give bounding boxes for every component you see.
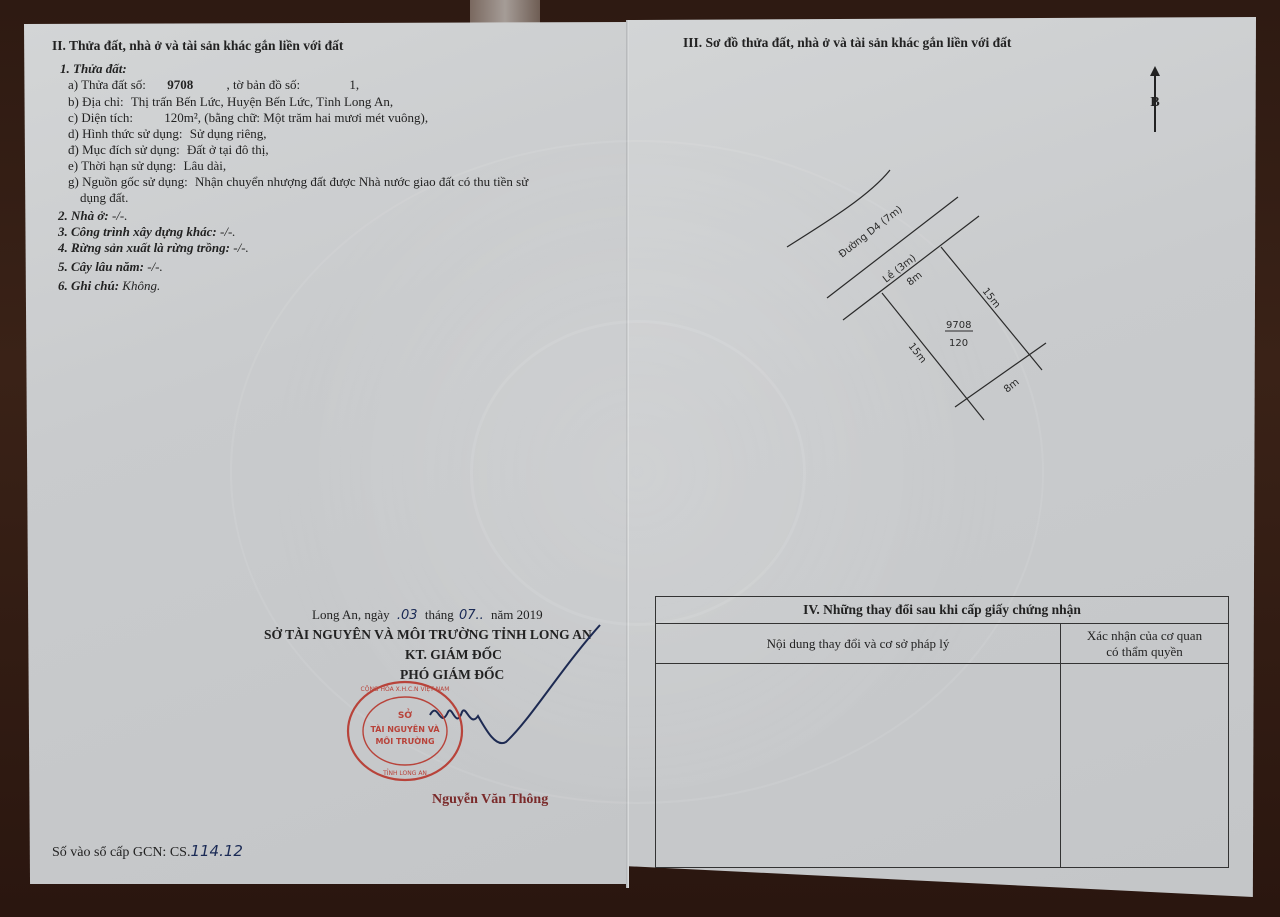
stamp-bottom-text: TỈNH LONG AN xyxy=(382,769,427,777)
other-construction-label: 3. Công trình xây dựng khác: xyxy=(58,224,217,239)
map-sheet-number: 1, xyxy=(349,77,359,92)
term-value: Lâu dài, xyxy=(184,158,227,173)
note-value: Không. xyxy=(122,278,160,293)
address-label: b) Địa chỉ: xyxy=(68,94,124,109)
stamp-top-text: CỘNG HÒA X.H.C.N VIỆT NAM xyxy=(361,685,450,693)
other-construction-row: 3. Công trình xây dựng khác: -/-. xyxy=(58,224,236,240)
note-row: 6. Ghi chú: Không. xyxy=(58,278,160,294)
plot-diagram: Đường D4 (7m) Lề (3m) 8m 15m 15m 8m 9708… xyxy=(770,150,1070,430)
area-label: c) Diện tích: xyxy=(68,110,133,125)
use-form-value: Sử dụng riêng, xyxy=(190,126,267,141)
section-ii-title: II. Thửa đất, nhà ở và tài sản khác gắn … xyxy=(52,38,343,54)
north-arrow-icon: B xyxy=(1145,66,1165,134)
note-label: 6. Ghi chú: xyxy=(58,278,119,293)
house-row: 2. Nhà ở: -/-. xyxy=(58,208,127,224)
changes-col-confirmation: Xác nhận của cơ quan có thẩm quyền xyxy=(1061,624,1228,664)
term-row: e) Thời hạn sử dụng: Lâu dài, xyxy=(68,158,226,174)
back-width-label: 8m xyxy=(1002,377,1021,396)
changes-col-content: Nội dung thay đổi và cơ sở pháp lý xyxy=(656,624,1061,664)
plot-left-boundary xyxy=(882,293,984,420)
use-form-label: d) Hình thức sử dụng: xyxy=(68,126,182,141)
plot-parcel-number: 9708 xyxy=(946,320,971,331)
changes-table-title: IV. Những thay đổi sau khi cấp giấy chứn… xyxy=(656,597,1228,624)
perennial-row: 5. Cây lâu năm: -/-. xyxy=(58,259,163,275)
stamp-line1: SỞ xyxy=(398,708,412,721)
address-row: b) Địa chỉ: Thị trấn Bến Lức, Huyện Bến … xyxy=(68,94,393,110)
registry-row: Số vào sổ cấp GCN: CS.114.12 xyxy=(52,843,243,861)
use-form-row: d) Hình thức sử dụng: Sử dụng riêng, xyxy=(68,126,266,142)
registry-label: Số vào sổ cấp GCN: CS. xyxy=(52,845,190,860)
house-label: 2. Nhà ở: xyxy=(58,208,109,223)
north-label: B xyxy=(1150,95,1159,110)
forest-value: -/-. xyxy=(233,240,249,255)
table-column-divider xyxy=(1060,663,1061,867)
watermark-emblem-inner xyxy=(470,320,806,626)
stamp-line2: TÀI NGUYÊN VÀ xyxy=(370,723,440,734)
plot-area: 120 xyxy=(949,338,968,349)
land-heading: 1. Thửa đất: xyxy=(60,61,127,77)
forest-label: 4. Rừng sản xuất là rừng trồng: xyxy=(58,240,230,255)
parcel-number: 9708 xyxy=(167,77,193,92)
changes-table: IV. Những thay đổi sau khi cấp giấy chứn… xyxy=(655,596,1229,868)
perennial-value: -/-. xyxy=(147,259,163,274)
front-width-label: 8m xyxy=(905,270,924,289)
house-value: -/-. xyxy=(112,208,128,223)
stamp-line3: MÔI TRƯỜNG xyxy=(375,735,434,746)
origin-label: g) Nguồn gốc sử dụng: xyxy=(68,174,188,189)
term-label: e) Thời hạn sử dụng: xyxy=(68,158,176,173)
forest-row: 4. Rừng sản xuất là rừng trồng: -/-. xyxy=(58,240,249,256)
left-length-label: 15m xyxy=(906,341,929,365)
parcel-label: a) Thửa đất số: xyxy=(68,77,146,92)
official-stamp: CỘNG HÒA X.H.C.N VIỆT NAM SỞ TÀI NGUYÊN … xyxy=(345,680,465,782)
purpose-value: Đất ở tại đô thị, xyxy=(187,142,269,157)
map-sheet-label: , tờ bản đồ số: xyxy=(226,77,300,92)
road-label: Đường D4 (7m) xyxy=(836,203,904,260)
confirmation-header-line2: có thẩm quyền xyxy=(1087,644,1202,660)
purpose-label: đ) Mục đích sử dụng: xyxy=(68,142,180,157)
area-row: c) Diện tích: 120m², (bằng chữ: Một trăm… xyxy=(68,110,428,126)
plot-back-boundary xyxy=(955,343,1046,407)
registry-number: 114.12 xyxy=(190,842,243,860)
address-value: Thị trấn Bến Lức, Huyện Bến Lức, Tỉnh Lo… xyxy=(131,94,393,109)
parcel-row: a) Thửa đất số: 9708 , tờ bản đồ số: 1, xyxy=(68,77,359,93)
origin-row: g) Nguồn gốc sử dụng: Nhận chuyển nhượng… xyxy=(68,174,528,190)
area-value: 120m², (bằng chữ: Một trăm hai mươi mét … xyxy=(164,110,428,125)
date-prefix: Long An, ngày xyxy=(312,607,390,622)
origin-value: Nhận chuyển nhượng đất được Nhà nước gia… xyxy=(195,174,528,189)
plot-right-boundary xyxy=(941,247,1042,370)
other-construction-value: -/-. xyxy=(220,224,236,239)
section-iii-title: III. Sơ đồ thửa đất, nhà ở và tài sản kh… xyxy=(683,35,1011,51)
perennial-label: 5. Cây lâu năm: xyxy=(58,259,144,274)
date-day: .03 xyxy=(397,608,418,623)
purpose-row: đ) Mục đích sử dụng: Đất ở tại đô thị, xyxy=(68,142,269,158)
signer-name: Nguyễn Văn Thông xyxy=(432,792,548,808)
confirmation-header-line1: Xác nhận của cơ quan xyxy=(1087,628,1202,644)
origin-value-cont: dụng đất. xyxy=(80,190,128,206)
